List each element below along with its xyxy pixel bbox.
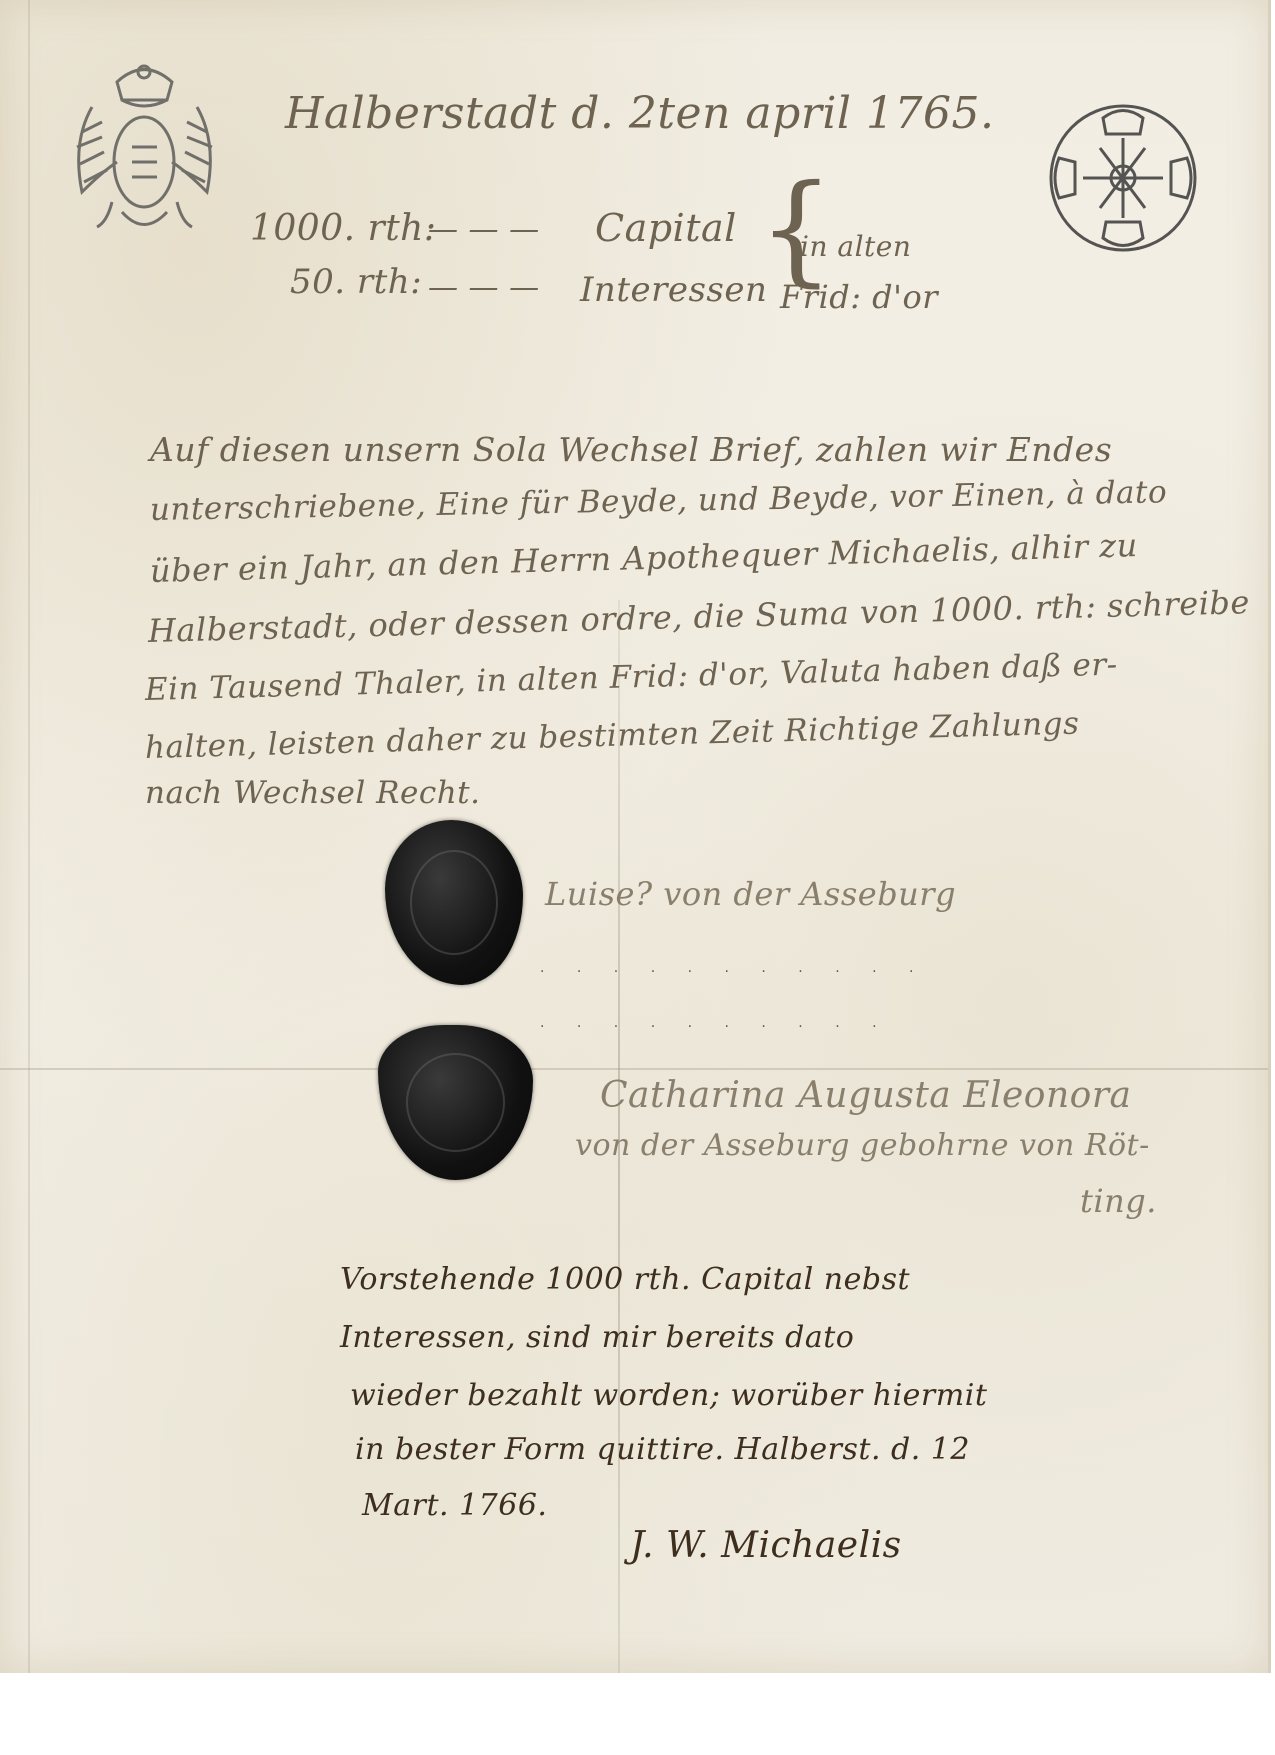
signature-4: ting. (1080, 1182, 1157, 1220)
ink-spatter: . . . . . . . . . . . (540, 960, 927, 976)
interest-dash: — — — (428, 270, 540, 305)
receipt-line-4: in bester Form quittire. Halberst. d. 12 (355, 1432, 970, 1467)
seal-emboss (406, 1053, 505, 1152)
receipt-line-5: Mart. 1766. (362, 1488, 547, 1523)
body-line-7: nach Wechsel Recht. (145, 775, 480, 811)
body-line-4: Halberstadt, oder dessen ordre, die Suma… (148, 583, 1251, 650)
interest-amount: 50. rth: (290, 262, 422, 302)
left-edge-crease (28, 0, 30, 1673)
signature-3: von der Asseburg gebohrne von Röt- (575, 1128, 1150, 1163)
currency-note-line2: Frid: d'or (780, 278, 938, 316)
ink-spatter: . . . . . . . . . . (540, 1015, 891, 1031)
crowned-circular-stamp-icon (1045, 98, 1200, 258)
document-page: Halberstadt d. 2ten april 1765. 1000. rt… (0, 0, 1271, 1673)
receipt-line-2: Interessen, sind mir bereits dato (340, 1320, 854, 1355)
place-and-date: Halberstadt d. 2ten april 1765. (285, 88, 994, 139)
receipt-line-3: wieder bezahlt worden; worüber hiermit (350, 1378, 987, 1413)
signature-1: Luise? von der Asseburg (545, 875, 956, 913)
receipt-line-1: Vorstehende 1000 rth. Capital nebst (340, 1262, 910, 1297)
interest-label: Interessen (580, 270, 767, 310)
lower-wax-seal-icon (378, 1025, 533, 1180)
horizontal-fold-line (0, 1068, 1268, 1070)
upper-wax-seal-icon (385, 820, 523, 985)
body-line-6: halten, leisten daher zu bestimten Zeit … (145, 706, 1080, 766)
seal-emboss (410, 850, 498, 956)
body-line-2: unterschriebene, Eine für Beyde, und Bey… (150, 474, 1168, 528)
capital-amount: 1000. rth: (250, 208, 437, 249)
body-line-1: Auf diesen unsern Sola Wechsel Brief, za… (150, 430, 1112, 469)
currency-note-line1: in alten (800, 230, 911, 263)
body-line-3: über ein Jahr, an den Herrn Apothequer M… (150, 526, 1139, 590)
capital-label: Capital (595, 206, 737, 250)
capital-dash: — — — (428, 212, 540, 247)
crowned-eagle-stamp-icon (62, 52, 227, 242)
signature-2: Catharina Augusta Eleonora (600, 1075, 1132, 1116)
body-line-5: Ein Tausend Thaler, in alten Frid: d'or,… (145, 647, 1119, 708)
receipt-signature: J. W. Michaelis (630, 1525, 902, 1566)
